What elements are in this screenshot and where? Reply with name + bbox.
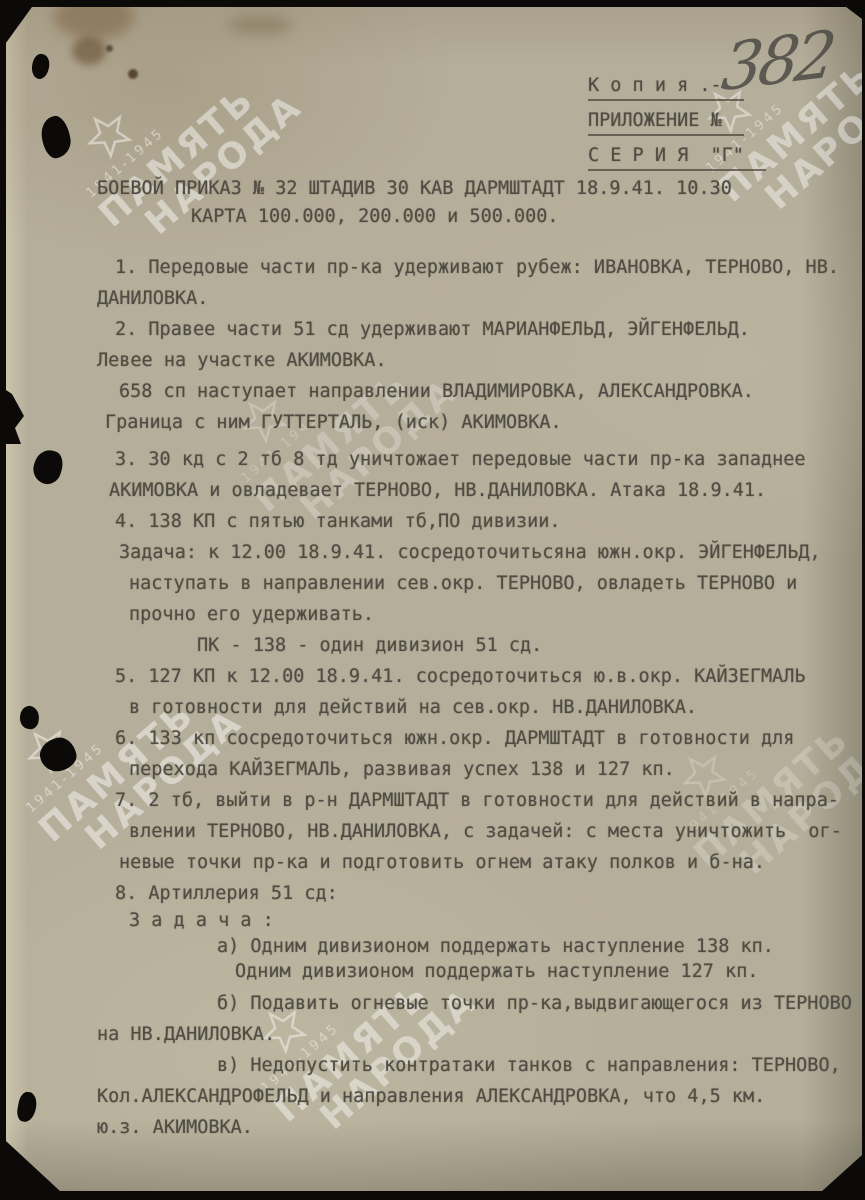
document-line: в готовности для действий на сев.окр. НВ… — [129, 692, 865, 723]
star-icon — [74, 4, 255, 170]
document-line: Граница с ним ГУТТЕРТАЛЬ, (иск) АКИМОВКА… — [105, 407, 865, 438]
document-line: ПК - 138 - один дивизион 51 сд. — [197, 630, 865, 661]
document-page: 1941-1945 ПАМЯТЬ НАРОДА 1941-1945 ПАМЯТЬ… — [6, 7, 862, 1191]
document-line: 658 сп наступает направлении ВЛАДИМИРОВК… — [119, 376, 865, 407]
document-line: 2. Правее части 51 сд удерживают МАРИАНФ… — [115, 314, 865, 345]
document-line: ю.з. АКИМОВКА. — [97, 1112, 865, 1143]
stain — [72, 37, 106, 65]
document-line: прочно его удерживать. — [129, 599, 865, 630]
order-title: БОЕВОЙ ПРИКАЗ № 32 ШТАДИВ 30 КАВ ДАРМШТА… — [97, 178, 732, 199]
document-line: 5. 127 КП к 12.00 18.9.41. сосредоточить… — [115, 661, 865, 692]
document-line: 6. 133 кп сосредоточиться южн.окр. ДАРМШ… — [115, 723, 865, 754]
document-line: 7. 2 тб, выйти в р-н ДАРМШТАДТ в готовно… — [115, 785, 865, 816]
document-body: 1. Передовые части пр-ка удерживают рубе… — [97, 252, 865, 1143]
document-line: влении ТЕРНОВО, НВ.ДАНИЛОВКА, с задачей:… — [129, 816, 865, 847]
stain — [54, 0, 134, 39]
document-line: 1. Передовые части пр-ка удерживают рубе… — [115, 252, 865, 283]
scanned-document: 1941-1945 ПАМЯТЬ НАРОДА 1941-1945 ПАМЯТЬ… — [0, 0, 865, 1200]
stain — [106, 45, 113, 52]
document-line: 4. 138 КП с пятью танками тб,ПО дивизии. — [115, 506, 865, 537]
document-line: в) Недопустить контратаки танков с напра… — [217, 1050, 865, 1081]
document-line: Задача: к 12.00 18.9.41. сосредоточиться… — [119, 537, 865, 568]
document-line: Кол.АЛЕКСАНДРОФЕЛЬД и направления АЛЕКСА… — [97, 1081, 865, 1112]
map-scale-line: КАРТА 100.000, 200.000 и 500.000. — [191, 206, 732, 227]
document-line: перехода КАЙЗЕГМАЛЬ, развивая успех 138 … — [129, 754, 865, 785]
document-line: б) Подавить огневые точки пр-ка,выдвигаю… — [217, 988, 865, 1019]
document-line: Левее на участке АКИМОВКА. — [97, 345, 865, 376]
series-label: С Е Р И Я "Г" — [588, 145, 766, 171]
copy-label: К о п и я .- — [588, 75, 744, 101]
attachment-label: ПРИЛОЖЕНИЕ № — [588, 110, 744, 136]
edge-tear — [0, 630, 5, 880]
document-line: 3. 30 кд с 2 тб 8 тд уничтожает передовы… — [115, 444, 865, 475]
document-line: ДАНИЛОВКА. — [97, 283, 865, 314]
stamp-header: К о п и я .- ПРИЛОЖЕНИЕ № С Е Р И Я "Г" — [588, 75, 766, 180]
document-line: наступать в направлении сев.окр. ТЕРНОВО… — [129, 568, 865, 599]
order-title-block: БОЕВОЙ ПРИКАЗ № 32 ШТАДИВ 30 КАВ ДАРМШТА… — [97, 178, 732, 227]
stain — [128, 69, 138, 79]
document-line: АКИМОВКА и овладевает ТЕРНОВО, НВ.ДАНИЛО… — [109, 475, 865, 506]
document-line: невые точки пр-ка и подготовить огнем ат… — [119, 847, 865, 878]
stain — [228, 15, 292, 35]
document-line: на НВ.ДАНИЛОВКА. — [97, 1019, 865, 1050]
